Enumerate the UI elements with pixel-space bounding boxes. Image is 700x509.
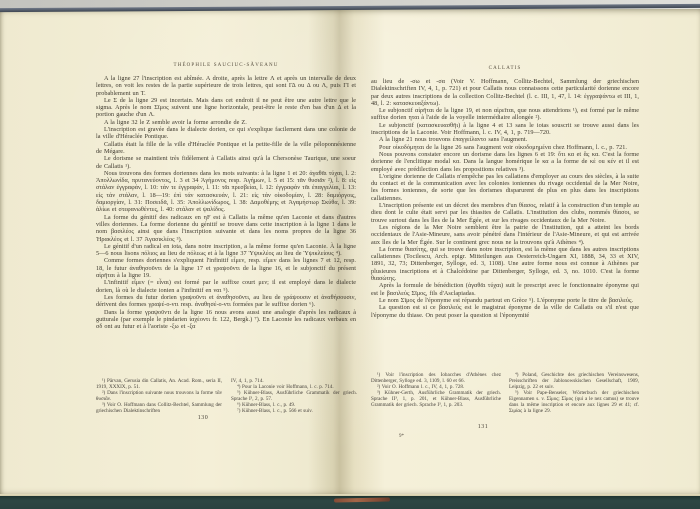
paragraph: A la ligne 32 le Z semble avoir la forme… [96,119,356,126]
paragraph: A la ligne 27 l'inscription est abîmée. … [96,75,356,97]
paragraph: Pour οἰκοδόμηται de la ligne 26 sans l'a… [371,144,639,151]
footnote-column: ¹) Pârvan, Gerusia din Callatis, An. Aca… [96,379,222,415]
running-head-callatis: CALLATIS [371,66,639,71]
paragraph: A la ligne 21 nous trouvons ἐπαγγείλαντο… [371,136,639,143]
paragraph-continuation: au lieu de -σω et -σα (Voir V. Hoffmann,… [371,78,639,107]
page-130-body: A la ligne 27 l'inscription est abîmée. … [96,75,356,330]
paragraph: Nous pouvons constater encore un dorisme… [371,151,639,173]
running-head-author: THÉOPHILE SAUCIUC-SĂVEANU [96,63,356,68]
footnote-column: IV, 4, 1, p. 714. ⁴) Pour la Laconie voi… [231,379,357,415]
page-130-footnotes: ¹) Pârvan, Gerusia din Callatis, An. Aca… [96,379,357,415]
page-131-footnotes: ¹) Voir l'inscription des Iobacches d'At… [371,373,639,415]
page-131: CALLATIS au lieu de -σω et -σα (Voir V. … [371,66,639,319]
paragraph: Les régions de la Mer Noire semblent êtr… [371,224,639,246]
paragraph: La forme θιασίτης, qui se trouve dans no… [371,246,639,282]
paragraph: Comme formes doriennes s'expliquent l'in… [96,257,356,279]
book-photo: THÉOPHILE SAUCIUC-SĂVEANU A la ligne 27 … [0,0,700,509]
paragraph: Le subjonctif αἱρῆται de la ligne 19, et… [371,107,639,122]
open-book-pages: THÉOPHILE SAUCIUC-SĂVEANU A la ligne 27 … [0,9,700,496]
paragraph: L'inscription présente est un décret des… [371,202,639,224]
footnote: ³) Voir O. Hoffmann dans Collitz-Bechtel… [96,403,222,415]
paragraph: Le Σ de la ligne 29 est incertain. Mais … [96,97,356,119]
paragraph: L'infinitif εἶμεν (= εἶναι) est formé pa… [96,279,356,294]
paragraph: Après la formule de bénédiction (ἀγαθᾶι … [371,282,639,297]
footnote: ⁷) Kühner-Blass, l. c., p. 566 et suiv. [231,409,357,415]
paragraph: Le nom Σῖμος de l'éponyme est répandu pa… [371,297,639,304]
paragraph: Le subjonctif (κατασκευασθῆι) à la ligne… [371,122,639,137]
footnote: ⁵) Voir Pape-Benseler, Wörterbuch der gr… [509,391,639,415]
paragraph: Les formes du futur dorien γραψοῦντι et … [96,294,356,309]
page-130: THÉOPHILE SAUCIUC-SĂVEANU A la ligne 27 … [96,63,356,330]
page-number-130: 130 [198,415,209,421]
paragraph: Dans la forme γραψοῦντι de la ligne 16 n… [96,309,356,331]
footnote-column: ¹) Voir l'inscription des Iobacches d'At… [371,373,501,415]
signature-mark: 9* [399,434,404,439]
paragraph: L'inscription est gravée dans le dialect… [96,126,356,141]
page-131-body: au lieu de -σω et -σα (Voir V. Hoffmann,… [371,78,639,319]
paragraph: Le dorisme se maintient très fidèlement … [96,155,356,170]
footnote: ³) Kühner-Gerth, Ausführliche Grammatik … [371,391,501,409]
paragraph: La question est si ce βασιλεύς est le ma… [371,304,639,319]
paragraph: La forme du génitif des radicaux en ηF e… [96,214,356,243]
footnote: ⁴) Poland, Geschichte des griechischen V… [509,373,639,391]
paragraph: Le génitif d'un radical en iota, dans no… [96,243,356,258]
paragraph: L'origine dorienne de Callatis n'empêche… [371,173,639,202]
paragraph: Nous trouvons des formes doriennes dans … [96,170,356,214]
page-number-131: 131 [478,424,489,430]
footnote-column: ⁴) Poland, Geschichte des griechischen V… [509,373,639,415]
paragraph: Callatis était la fille de la ville d'Hé… [96,141,356,156]
